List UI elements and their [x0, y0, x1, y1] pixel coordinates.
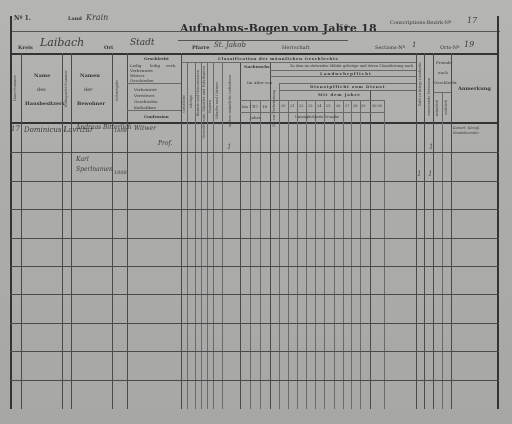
col-anmerkung: Anmerkung [458, 86, 491, 92]
col-line [351, 100, 352, 409]
row-line [10, 238, 499, 239]
landwehr-sub2: Dienstpflicht zum Dienst [310, 84, 385, 89]
col-line [334, 100, 335, 409]
kreis-value: Laibach [40, 36, 84, 49]
entry-mark-2a: 1 [417, 170, 421, 178]
class-col: Beamte und Honoratioren [196, 70, 200, 116]
row-line [10, 323, 499, 324]
col-wohnpartei: Wohnpartei-Nummer [64, 70, 68, 107]
col-line [207, 62, 208, 409]
class-col: Bauern [208, 100, 212, 113]
entry-anmerkung: Kaiserl. Königl. Staatsbeamter [453, 126, 497, 136]
landwehr-left: Bis zur Verheiratung [272, 90, 276, 127]
col-zahl-landwehr: Zahl zu kriegs Landwehr [418, 62, 422, 106]
year-col: 27 [345, 104, 349, 109]
col-line [288, 100, 289, 409]
col-line [222, 62, 223, 409]
orts-value: 19 [464, 40, 474, 49]
class-col: Gewerbsleute, Künstler und Fabrikanten [202, 66, 206, 138]
fremde-title: nach [438, 70, 448, 75]
col-line [315, 100, 316, 409]
class-col: Adelige [189, 95, 193, 108]
header-subline [240, 112, 384, 113]
header-subline [181, 62, 416, 63]
land-value: Krain [86, 13, 108, 22]
col-line [279, 83, 280, 409]
col-namen-3: Bewohner [77, 101, 105, 107]
ort-value: Stadt [130, 38, 155, 48]
col-classification: Classification der männlichen Geschlecht… [218, 56, 338, 61]
sections-value: 1 [412, 41, 416, 49]
header-subline [279, 90, 416, 91]
geschlecht-sub: Verwitwet [134, 93, 155, 98]
conscriptions-label: Conscriptions-Bezirk-Nº [390, 20, 451, 26]
entry-stand: Witwer [134, 125, 156, 132]
nachwuchs-sub: Im Alter von [247, 80, 272, 85]
header-subline [240, 100, 384, 101]
geschlecht-sub: Geschieden [134, 99, 158, 104]
col-name-1: Name [34, 73, 50, 79]
year-col: 25 [326, 104, 330, 109]
year-col: 29 [361, 104, 365, 109]
class-col: Häusler und Gärtner [215, 82, 219, 119]
col-geschlecht: Geschlecht [144, 56, 169, 61]
geschlecht-row: Geschieden [130, 78, 154, 83]
year-col: 21 [290, 104, 294, 109]
entry-classification-mark: 1 [227, 143, 231, 151]
col-line [324, 100, 325, 409]
col-line [297, 100, 298, 409]
nachwuchs-age: 18 [262, 104, 267, 109]
col-line [343, 100, 344, 409]
year-col: 22 [299, 104, 303, 109]
col-name-2: des [37, 87, 46, 93]
row-line [10, 294, 499, 295]
fremde-title: Geschlecht [434, 80, 457, 85]
herrschaft-label: Herrschaft [282, 45, 310, 51]
landwehr-footer: Untauglichkeits-Ursache [295, 115, 339, 120]
col-line [370, 90, 371, 409]
col-line [451, 53, 452, 409]
col-line [187, 62, 188, 409]
col-line [424, 53, 425, 409]
table-top-border [10, 53, 499, 55]
row-line [10, 152, 499, 153]
orts-label: Orts-Nº [440, 45, 459, 51]
col-line [433, 53, 434, 409]
col-line [384, 100, 385, 409]
census-form-page: Nº 1. Land Krain Aufnahms-Bogen vom Jahr… [0, 0, 512, 424]
row-line [10, 181, 499, 182]
col-line [442, 92, 443, 409]
row-line [10, 351, 499, 352]
col-line [127, 53, 128, 409]
year-col: 20 [281, 104, 285, 109]
year-col: 26 [336, 104, 340, 109]
fremde-col: weiblich [444, 100, 448, 115]
col-line [360, 100, 361, 409]
conscriptions-value: 17 [467, 16, 477, 25]
class-col: Geistliche [182, 95, 186, 113]
landwehr-sub3: Mit dem Jahre [318, 92, 361, 97]
entry-bewohner-2: Karl Sperlnamen [76, 155, 112, 175]
geschlecht-col: verh. [166, 63, 176, 68]
entry-fremde-mark: 1 [429, 143, 433, 151]
col-line [240, 62, 241, 409]
col-geburtsjahr: Geburtsjahr [115, 80, 119, 101]
col-line [270, 62, 271, 409]
pfarre-label: Pfarre [192, 45, 210, 51]
fremde-col: männlich [435, 100, 439, 116]
year-col: 24 [317, 104, 321, 109]
col-namen-2: der [84, 87, 93, 93]
col-line [416, 53, 417, 409]
col-nachwuchs: Nachwuchs [244, 64, 270, 69]
nachwuchs-footer: Jahre [250, 115, 261, 120]
header-subline [127, 83, 181, 84]
col-line [21, 53, 22, 409]
entry-partei-nr: 1 [63, 126, 67, 133]
entry-geburtsjahr: 1808 [114, 128, 127, 134]
entry-geburtsjahr-2: 1808 [114, 170, 127, 176]
entry-mark-2b: 1 [428, 170, 432, 178]
landwehr-sub: Landwehrpflicht [320, 71, 372, 76]
fremde-title: Fremde [436, 60, 452, 65]
entry-haus-nr: 17 [11, 125, 20, 133]
row-line [10, 266, 499, 267]
col-line [213, 62, 214, 409]
geschlecht-sub: Verheiratet [134, 87, 157, 92]
col-line [306, 100, 307, 409]
sections-label: Sections-Nº [375, 45, 405, 51]
col-namen-1: Namen [80, 73, 100, 79]
col-line [71, 53, 72, 409]
col-anwesend: Anwesende Personen [427, 78, 431, 116]
kreis-label: Kreis [18, 45, 33, 51]
year-col: 30-35 [372, 104, 382, 109]
col-line [250, 100, 251, 409]
ort-label: Ort [104, 45, 113, 51]
pfarre-value: St. Jakob [214, 41, 246, 49]
entry-beruf: Prof. [158, 140, 172, 147]
col-name-3: Hausbesitzers [25, 101, 65, 107]
header-subline [127, 110, 181, 111]
geschlecht-col: ledig [150, 63, 160, 68]
year-col: 28 [353, 104, 357, 109]
col-confession: Confession [144, 114, 169, 119]
geschlecht-sub: Katholiken [134, 105, 156, 110]
row-line [10, 380, 499, 381]
header-divider [12, 31, 500, 32]
row-line [10, 209, 499, 210]
col-line [112, 53, 113, 409]
landwehr-title: Zu dem im stehenden Militär gehörige und… [290, 64, 413, 69]
year-col: 23 [308, 104, 312, 109]
col-haus-nummer: Haus-Nummer [13, 75, 17, 101]
col-line [260, 100, 261, 409]
title-underline [178, 40, 348, 41]
header-subline [270, 76, 416, 77]
header-subline [433, 92, 451, 93]
form-number: Nº 1. [14, 16, 31, 22]
land-label: Land [68, 16, 82, 22]
nachwuchs-age: 17 [253, 104, 258, 109]
class-col: Andere männliche Individuen [228, 75, 232, 127]
